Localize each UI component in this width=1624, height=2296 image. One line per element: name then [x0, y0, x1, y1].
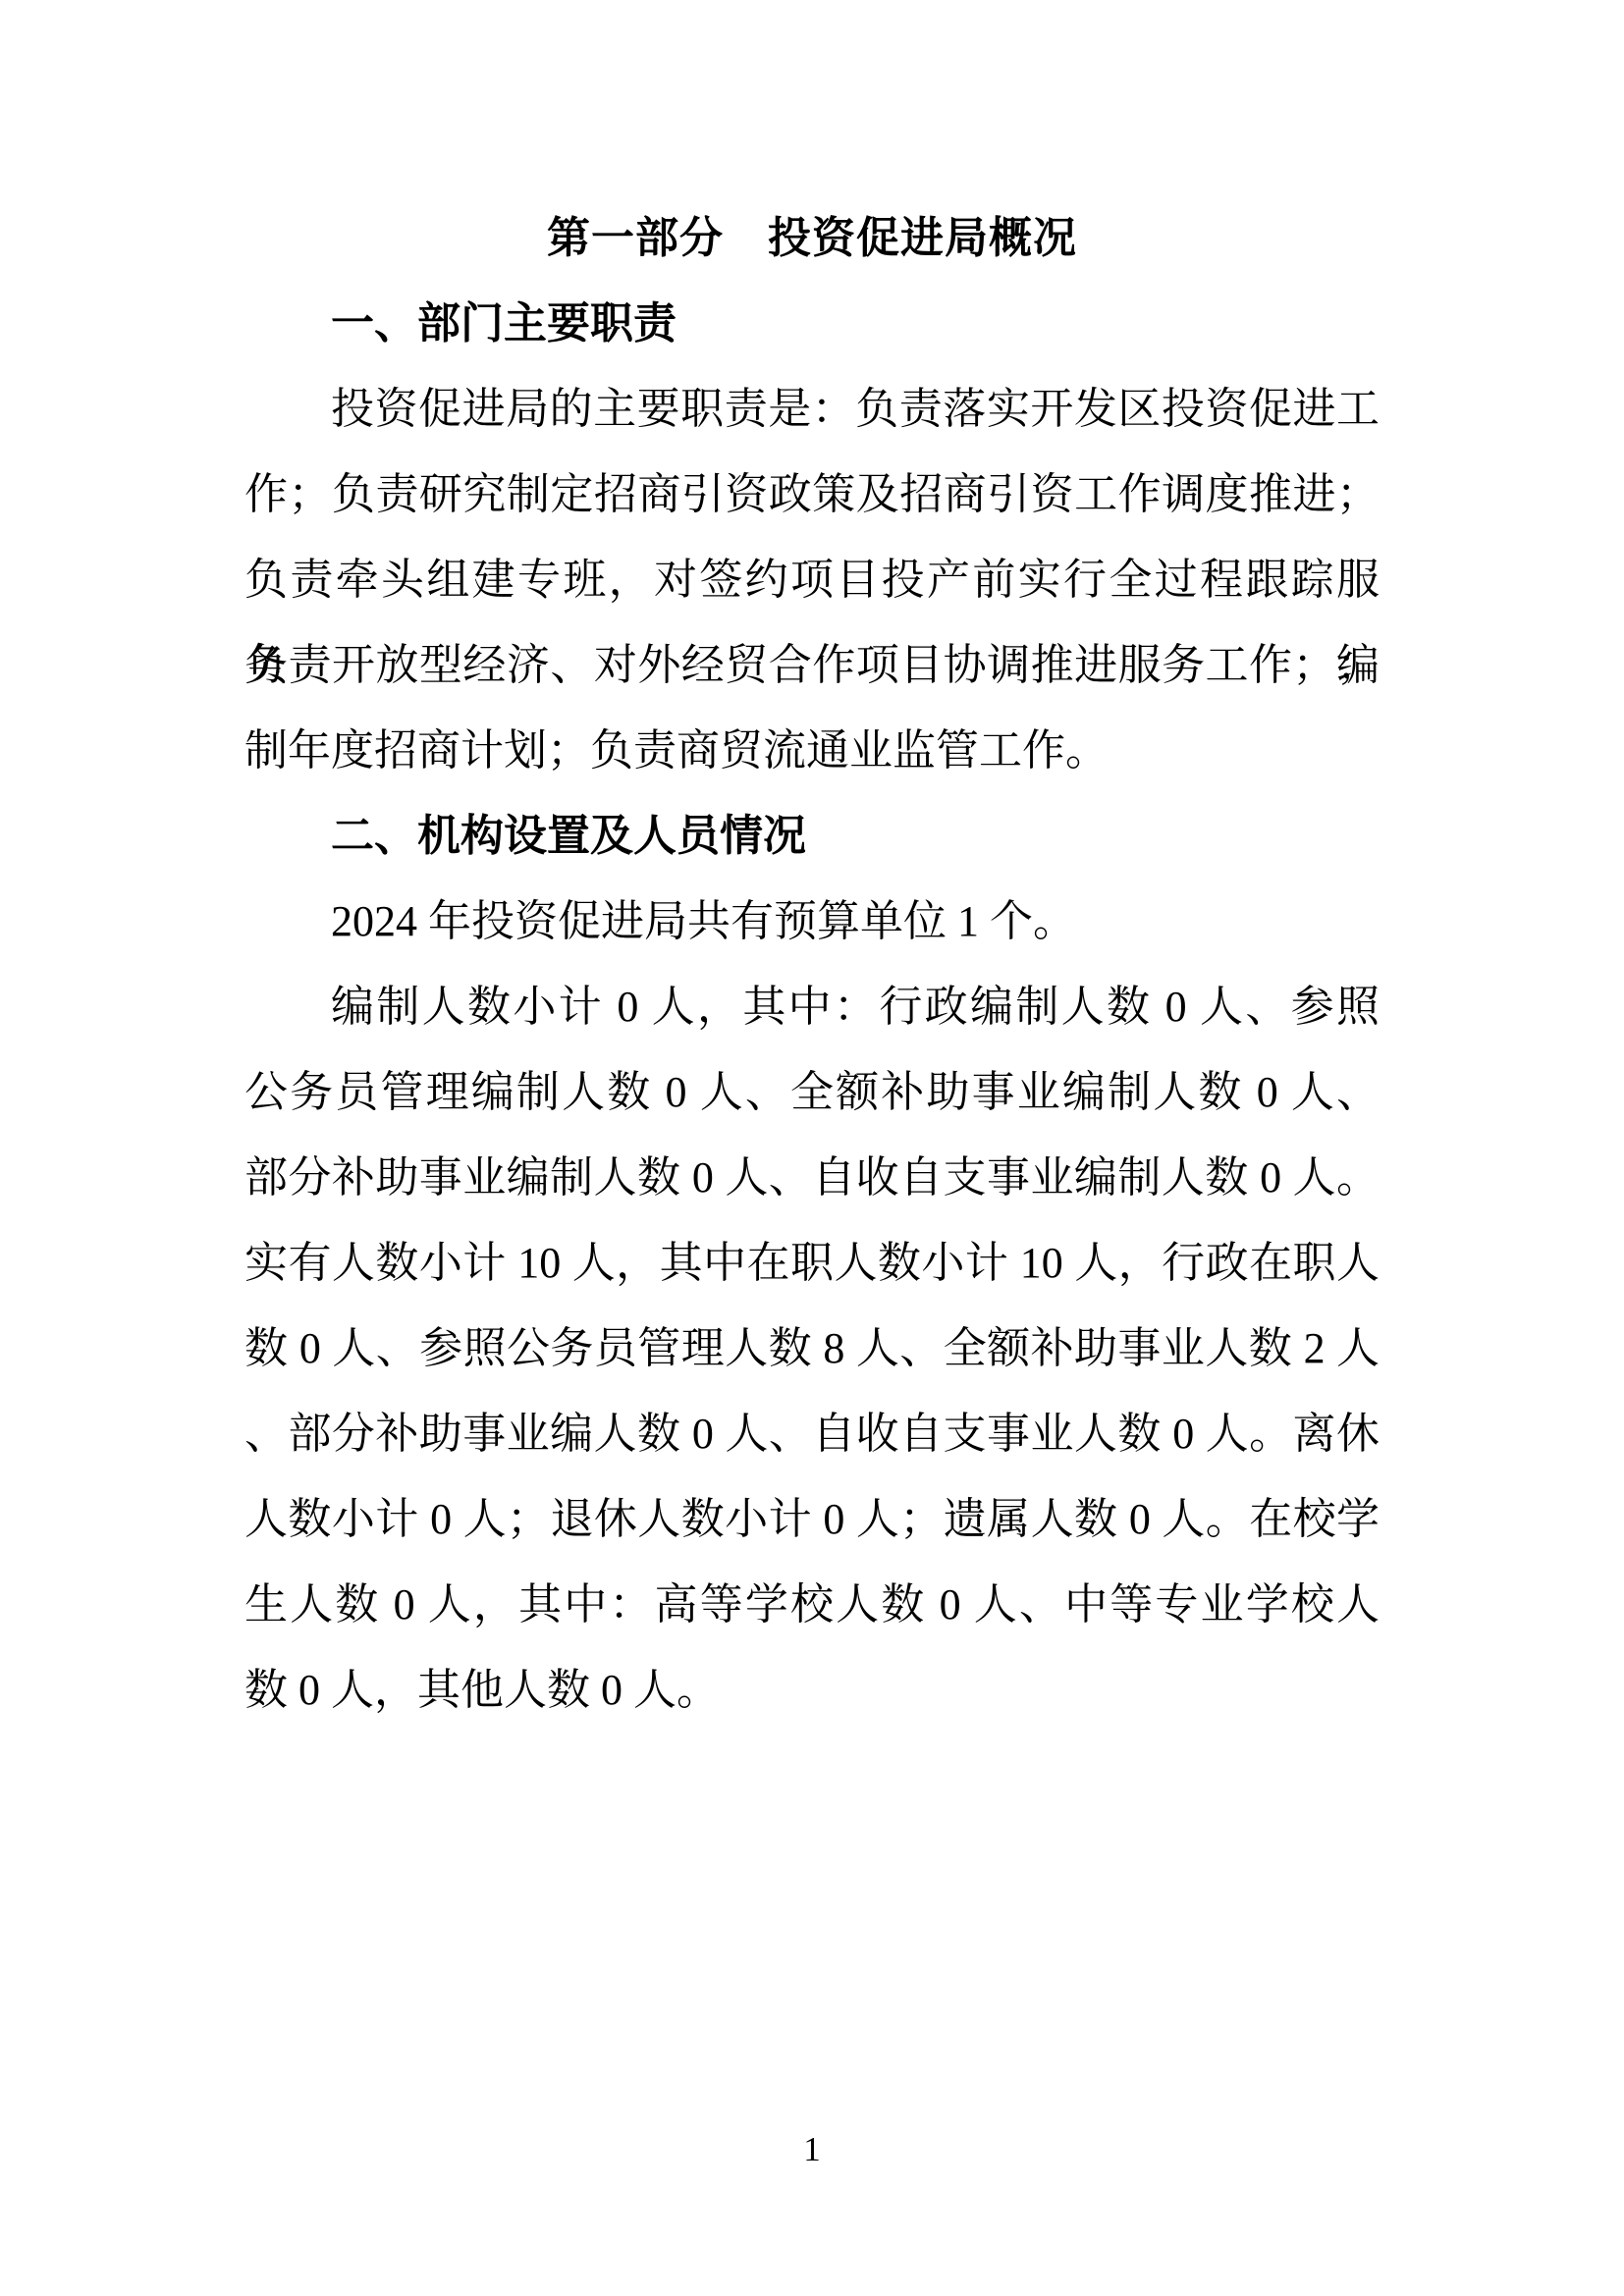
body-line: 数 0 人，其他人数 0 人。: [244, 1647, 1380, 1733]
body-line: 生人数 0 人，其中：高等学校人数 0 人、中等专业学校人: [244, 1562, 1380, 1647]
body-line: 编制人数小计 0 人，其中：行政编制人数 0 人、参照: [244, 964, 1380, 1049]
part-title: 第一部分 投资促进局概况: [244, 195, 1380, 281]
body-line: 投资促进局的主要职责是：负责落实开发区投资促进工: [244, 366, 1380, 452]
body-line: 作；负责研究制定招商引资政策及招商引资工作调度推进；: [244, 452, 1380, 537]
body-line: 人数小计 0 人；退休人数小计 0 人；遗属人数 0 人。在校学: [244, 1476, 1380, 1562]
page-number: 1: [0, 2128, 1624, 2171]
body-line: 公务员管理编制人数 0 人、全额补助事业编制人数 0 人、: [244, 1049, 1380, 1135]
body-line: 2024 年投资促进局共有预算单位 1 个。: [244, 879, 1380, 964]
section-heading-2: 二、机构设置及人员情况: [244, 793, 1380, 879]
body-line: 负责牵头组建专班，对签约项目投产前实行全过程跟踪服务；: [244, 537, 1380, 622]
body-line: 实有人数小计 10 人，其中在职人数小计 10 人，行政在职人: [244, 1220, 1380, 1306]
body-line: 、部分补助事业编人数 0 人、自收自支事业人数 0 人。离休: [244, 1391, 1380, 1476]
body-line: 负责开放型经济、对外经贸合作项目协调推进服务工作；编: [244, 622, 1380, 708]
body-line: 数 0 人、参照公务员管理人数 8 人、全额补助事业人数 2 人: [244, 1306, 1380, 1391]
body-line: 制年度招商计划；负责商贸流通业监管工作。: [244, 708, 1380, 793]
section-heading-1: 一、部门主要职责: [244, 281, 1380, 366]
body-line: 部分补助事业编制人数 0 人、自收自支事业编制人数 0 人。: [244, 1135, 1380, 1220]
document-body: 第一部分 投资促进局概况 一、部门主要职责 投资促进局的主要职责是：负责落实开发…: [244, 195, 1380, 1733]
document-page: 第一部分 投资促进局概况 一、部门主要职责 投资促进局的主要职责是：负责落实开发…: [0, 0, 1624, 2296]
